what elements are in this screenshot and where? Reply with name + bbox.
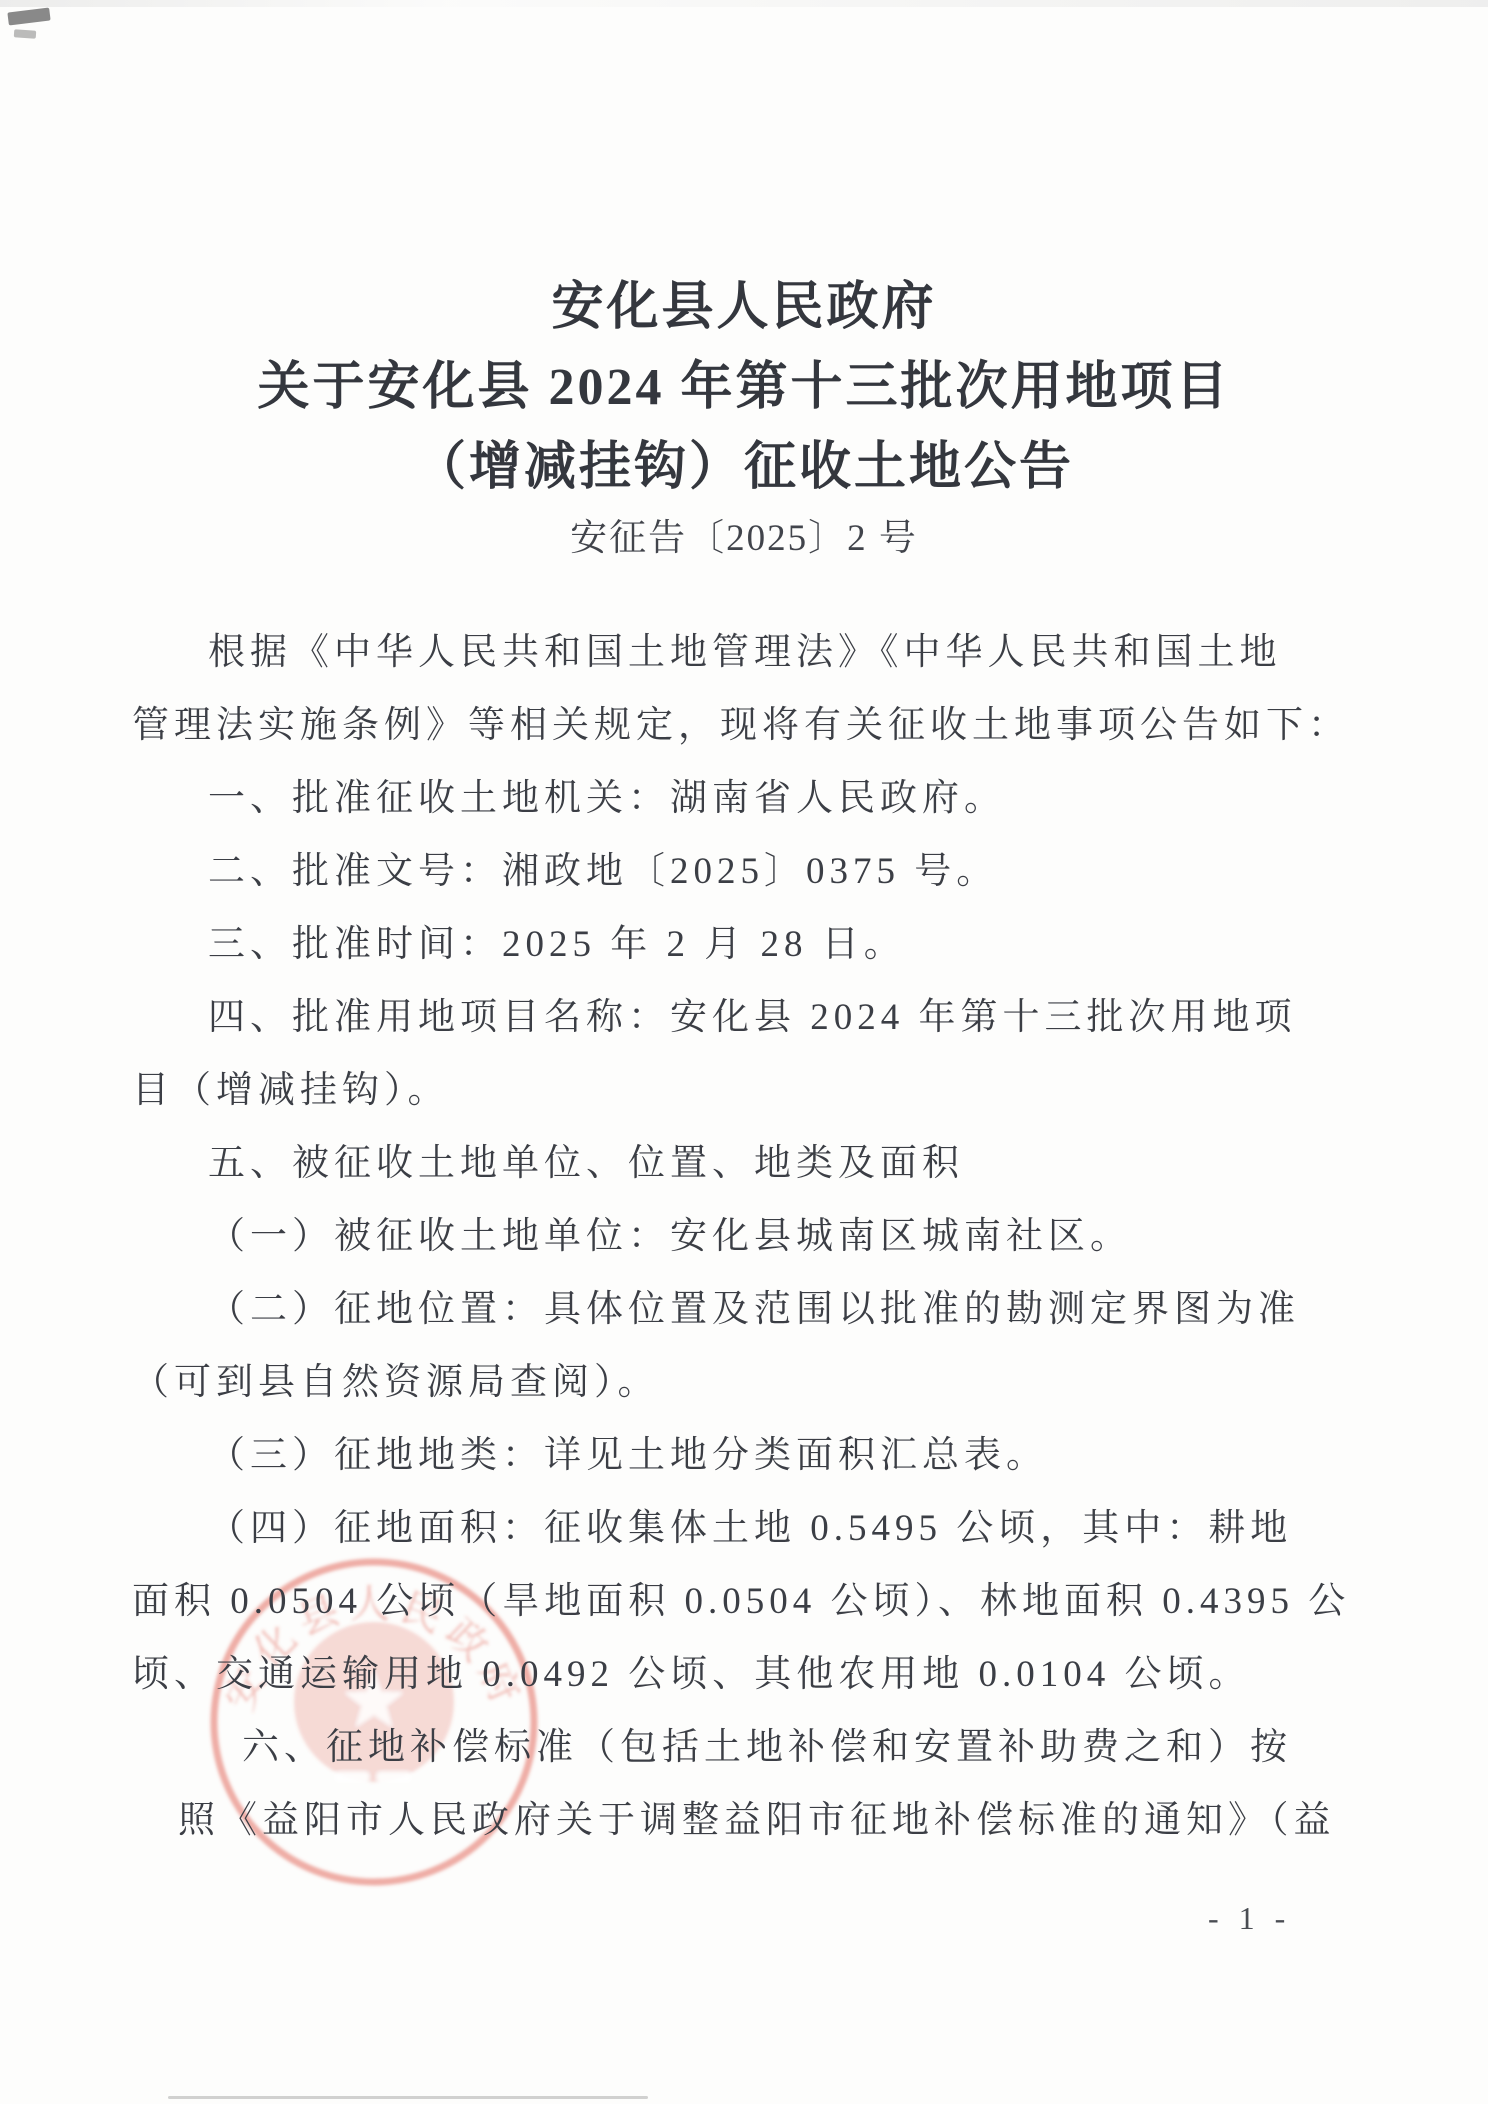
body-line: 顷、交通运输用地 0.0492 公顷、其他农用地 0.0104 公顷。 bbox=[132, 1638, 1356, 1711]
body-line: 六、征地补偿标准（包括土地补偿和安置补助费之和）按 bbox=[132, 1711, 1356, 1784]
body-line: （一）被征收土地单位：安化县城南区城南社区。 bbox=[132, 1200, 1356, 1273]
body-line: 四、批准用地项目名称：安化县 2024 年第十三批次用地项 bbox=[132, 981, 1356, 1054]
body-line: （三）征地地类：详见土地分类面积汇总表。 bbox=[132, 1419, 1356, 1492]
page-number: - 1 - bbox=[1208, 1900, 1291, 1937]
body-line: （二）征地位置：具体位置及范围以批准的勘测定界图为准 bbox=[132, 1273, 1356, 1346]
document-body: 根据《中华人民共和国土地管理法》《中华人民共和国土地管理法实施条例》等相关规定，… bbox=[0, 616, 1488, 1857]
scan-smudge-artifact bbox=[7, 7, 50, 25]
scan-smudge-artifact bbox=[14, 29, 37, 39]
title-line: （增减挂钩）征收土地公告 bbox=[80, 428, 1408, 508]
body-line: 管理法实施条例》等相关规定，现将有关征收土地事项公告如下： bbox=[132, 689, 1356, 762]
title-line: 关于安化县 2024 年第十三批次用地项目 bbox=[80, 348, 1408, 428]
document-page: 安化县人民政府 安化县人民政府关于安化县 2024 年第十三批次用地项目（增减挂… bbox=[0, 0, 1488, 2104]
body-line: （四）征地面积：征收集体土地 0.5495 公顷，其中：耕地 bbox=[132, 1492, 1356, 1565]
document-number: 安征告〔2025〕2 号 bbox=[0, 508, 1488, 570]
body-line: 一、批准征收土地机关：湖南省人民政府。 bbox=[132, 762, 1356, 835]
document-title: 安化县人民政府关于安化县 2024 年第十三批次用地项目（增减挂钩）征收土地公告 bbox=[80, 0, 1408, 508]
body-line: 三、批准时间：2025 年 2 月 28 日。 bbox=[132, 908, 1356, 981]
body-line: 面积 0.0504 公顷（旱地面积 0.0504 公顷）、林地面积 0.4395… bbox=[132, 1565, 1356, 1638]
scan-edge-artifact bbox=[168, 2096, 648, 2099]
scan-edge-artifact bbox=[0, 0, 1488, 7]
body-line: （可到县自然资源局查阅）。 bbox=[132, 1346, 1356, 1419]
body-line: 二、批准文号：湘政地〔2025〕0375 号。 bbox=[132, 835, 1356, 908]
body-line: 照《益阳市人民政府关于调整益阳市征地补偿标准的通知》（益 bbox=[132, 1784, 1356, 1857]
title-line: 安化县人民政府 bbox=[80, 268, 1408, 348]
body-line: 五、被征收土地单位、位置、地类及面积 bbox=[132, 1127, 1356, 1200]
body-line: 目（增减挂钩）。 bbox=[132, 1054, 1356, 1127]
body-line: 根据《中华人民共和国土地管理法》《中华人民共和国土地 bbox=[132, 616, 1356, 689]
